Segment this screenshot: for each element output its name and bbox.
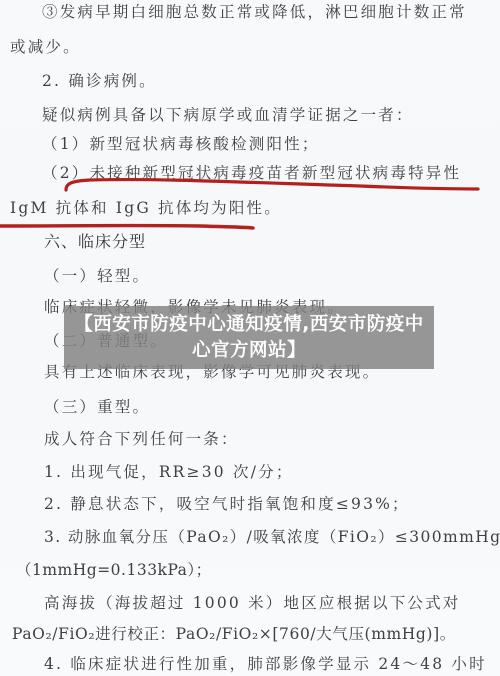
- line-20: 4. 临床症状进行性加重，肺部影像学显示 24～48 小时: [44, 654, 487, 674]
- line-5: （2）未接种新型冠状病毒疫苗者新型冠状病毒特异性: [42, 163, 461, 183]
- line-13: 成人符合下列任何一条：: [44, 429, 239, 449]
- line-15: 2. 静息状态下，吸空气时指氧饱和度≤93%；: [44, 494, 410, 514]
- line-1: 或减少。: [10, 37, 81, 57]
- line-17: （1mmHg=0.133kPa）；: [16, 560, 212, 580]
- line-4: （1）新型冠状病毒核酸检测阳性；: [42, 134, 320, 154]
- line-0: ③发病早期白细胞总数正常或降低，淋巴细胞计数正常: [42, 2, 467, 22]
- line-19: PaO₂/FiO₂进行校正：PaO₂/FiO₂×[760/大气压(mmHg)]。: [12, 624, 456, 644]
- line-18: 高海拔（海拔超过 1000 米）地区应根据以下公式对: [44, 593, 461, 613]
- line-2: 2. 确诊病例。: [42, 71, 157, 91]
- line-6: IgM 抗体和 IgG 抗体均为阳性。: [10, 198, 282, 218]
- line-14: 1. 出现气促，RR≥30 次/分；: [44, 462, 294, 482]
- underline-stroke-2: [0, 226, 253, 228]
- line-16: 3. 动脉血氧分压（PaO₂）/吸氧浓度（FiO₂）≤300mmHg: [44, 527, 500, 547]
- line-8: （一）轻型。: [44, 266, 150, 286]
- line-3: 疑似病例具备以下病原学或血清学证据之一者：: [42, 105, 414, 125]
- section-heading: 六、临床分型: [44, 232, 146, 252]
- line-12: （三）重型。: [44, 397, 150, 417]
- title-overlay-banner: 【西安市防疫中心通知疫情,西安市防疫中心官方网站】: [64, 306, 434, 369]
- overlay-title: 【西安市防疫中心通知疫情,西安市防疫中心官方网站】: [64, 312, 434, 364]
